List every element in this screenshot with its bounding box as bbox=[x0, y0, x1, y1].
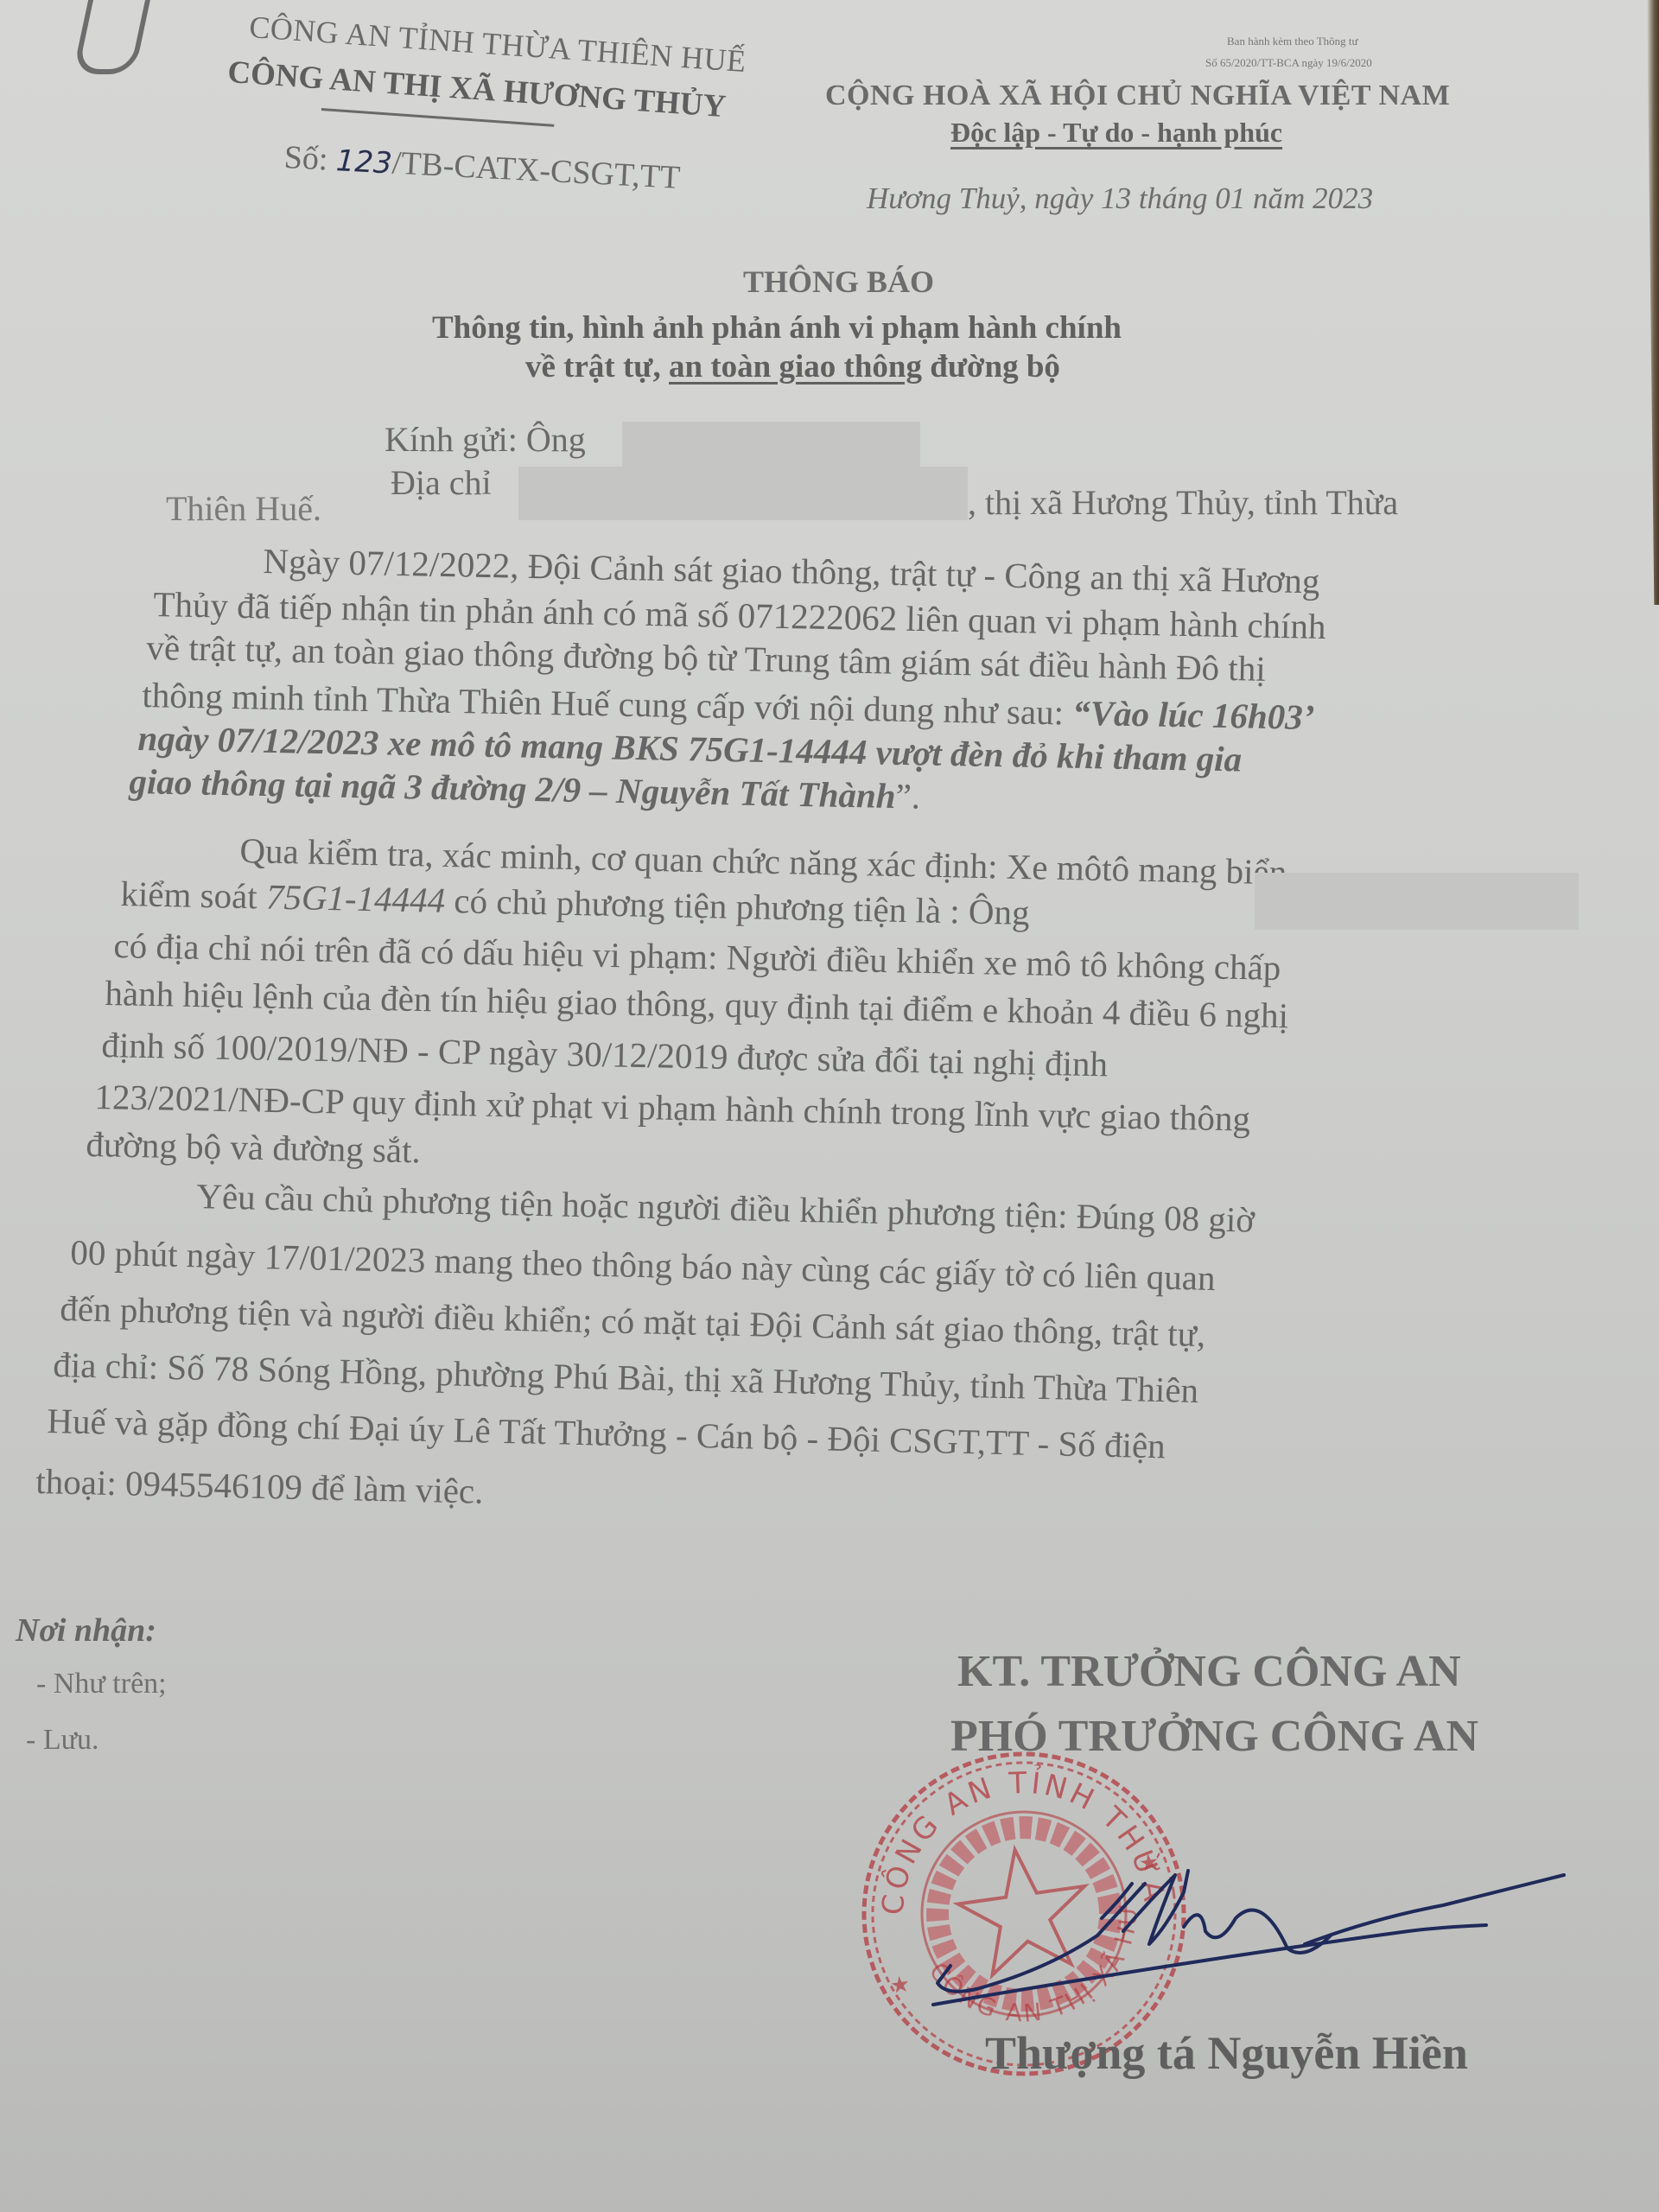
p2-line: đường bộ và đường sắt. bbox=[86, 1123, 421, 1171]
signer-name: Thượng tá Nguyễn Hiền bbox=[985, 2026, 1468, 2080]
document-subtitle-line2: về trật tự, an toàn giao thông đường bộ bbox=[525, 348, 1060, 385]
national-title: CỘNG HOÀ XÃ HỘI CHỦ NGHĨA VIỆT NAM bbox=[825, 79, 1450, 112]
redacted-address bbox=[518, 467, 968, 520]
legal-note-line1: Ban hành kèm theo Thông tư bbox=[1227, 35, 1358, 48]
handwritten-signature-icon bbox=[925, 1866, 1581, 2022]
subtitle-post: đường bộ bbox=[922, 349, 1060, 385]
subtitle-pre: về trật tự, bbox=[525, 349, 669, 385]
redacted-owner-name bbox=[1255, 873, 1579, 930]
dateline: Hương Thuỷ, ngày 13 tháng 01 năm 2023 bbox=[867, 181, 1373, 216]
legal-note-line2: Số 65/2020/TT-BCA ngày 19/6/2020 bbox=[1205, 56, 1372, 70]
recipient-item: - Như trên; bbox=[36, 1668, 167, 1700]
address-label: Địa chỉ bbox=[391, 462, 492, 503]
address-tail: , thị xã Hương Thủy, tỉnh Thừa bbox=[968, 482, 1398, 523]
recipients-heading: Nơi nhận: bbox=[16, 1611, 156, 1649]
address-wrap: Thiên Huế. bbox=[166, 488, 321, 529]
document-subtitle-line1: Thông tin, hình ảnh phản ánh vi phạm hàn… bbox=[432, 309, 1122, 346]
subtitle-underlined: an toàn giao thông bbox=[669, 349, 922, 385]
plate-number: 75G1-14444 bbox=[266, 877, 446, 920]
p2-line2-pre: kiểm soát bbox=[120, 874, 266, 917]
svg-text:★: ★ bbox=[888, 1971, 912, 1999]
signatory-title-line1: KT. TRƯỞNG CÔNG AN bbox=[957, 1646, 1461, 1697]
redacted-name bbox=[622, 422, 920, 469]
quote-start: “Vào lúc 16h03’ bbox=[1072, 693, 1315, 737]
doc-number-handwritten: 123 bbox=[335, 143, 393, 181]
greeting: Kính gửi: Ông bbox=[385, 419, 586, 460]
quote-end: ”. bbox=[895, 776, 920, 817]
document-title: THÔNG BÁO bbox=[743, 264, 934, 300]
national-motto: Độc lập - Tự do - hạnh phúc bbox=[950, 117, 1282, 149]
doc-number-label: Số: bbox=[283, 139, 329, 178]
recipient-item: - Lưu. bbox=[26, 1724, 99, 1757]
